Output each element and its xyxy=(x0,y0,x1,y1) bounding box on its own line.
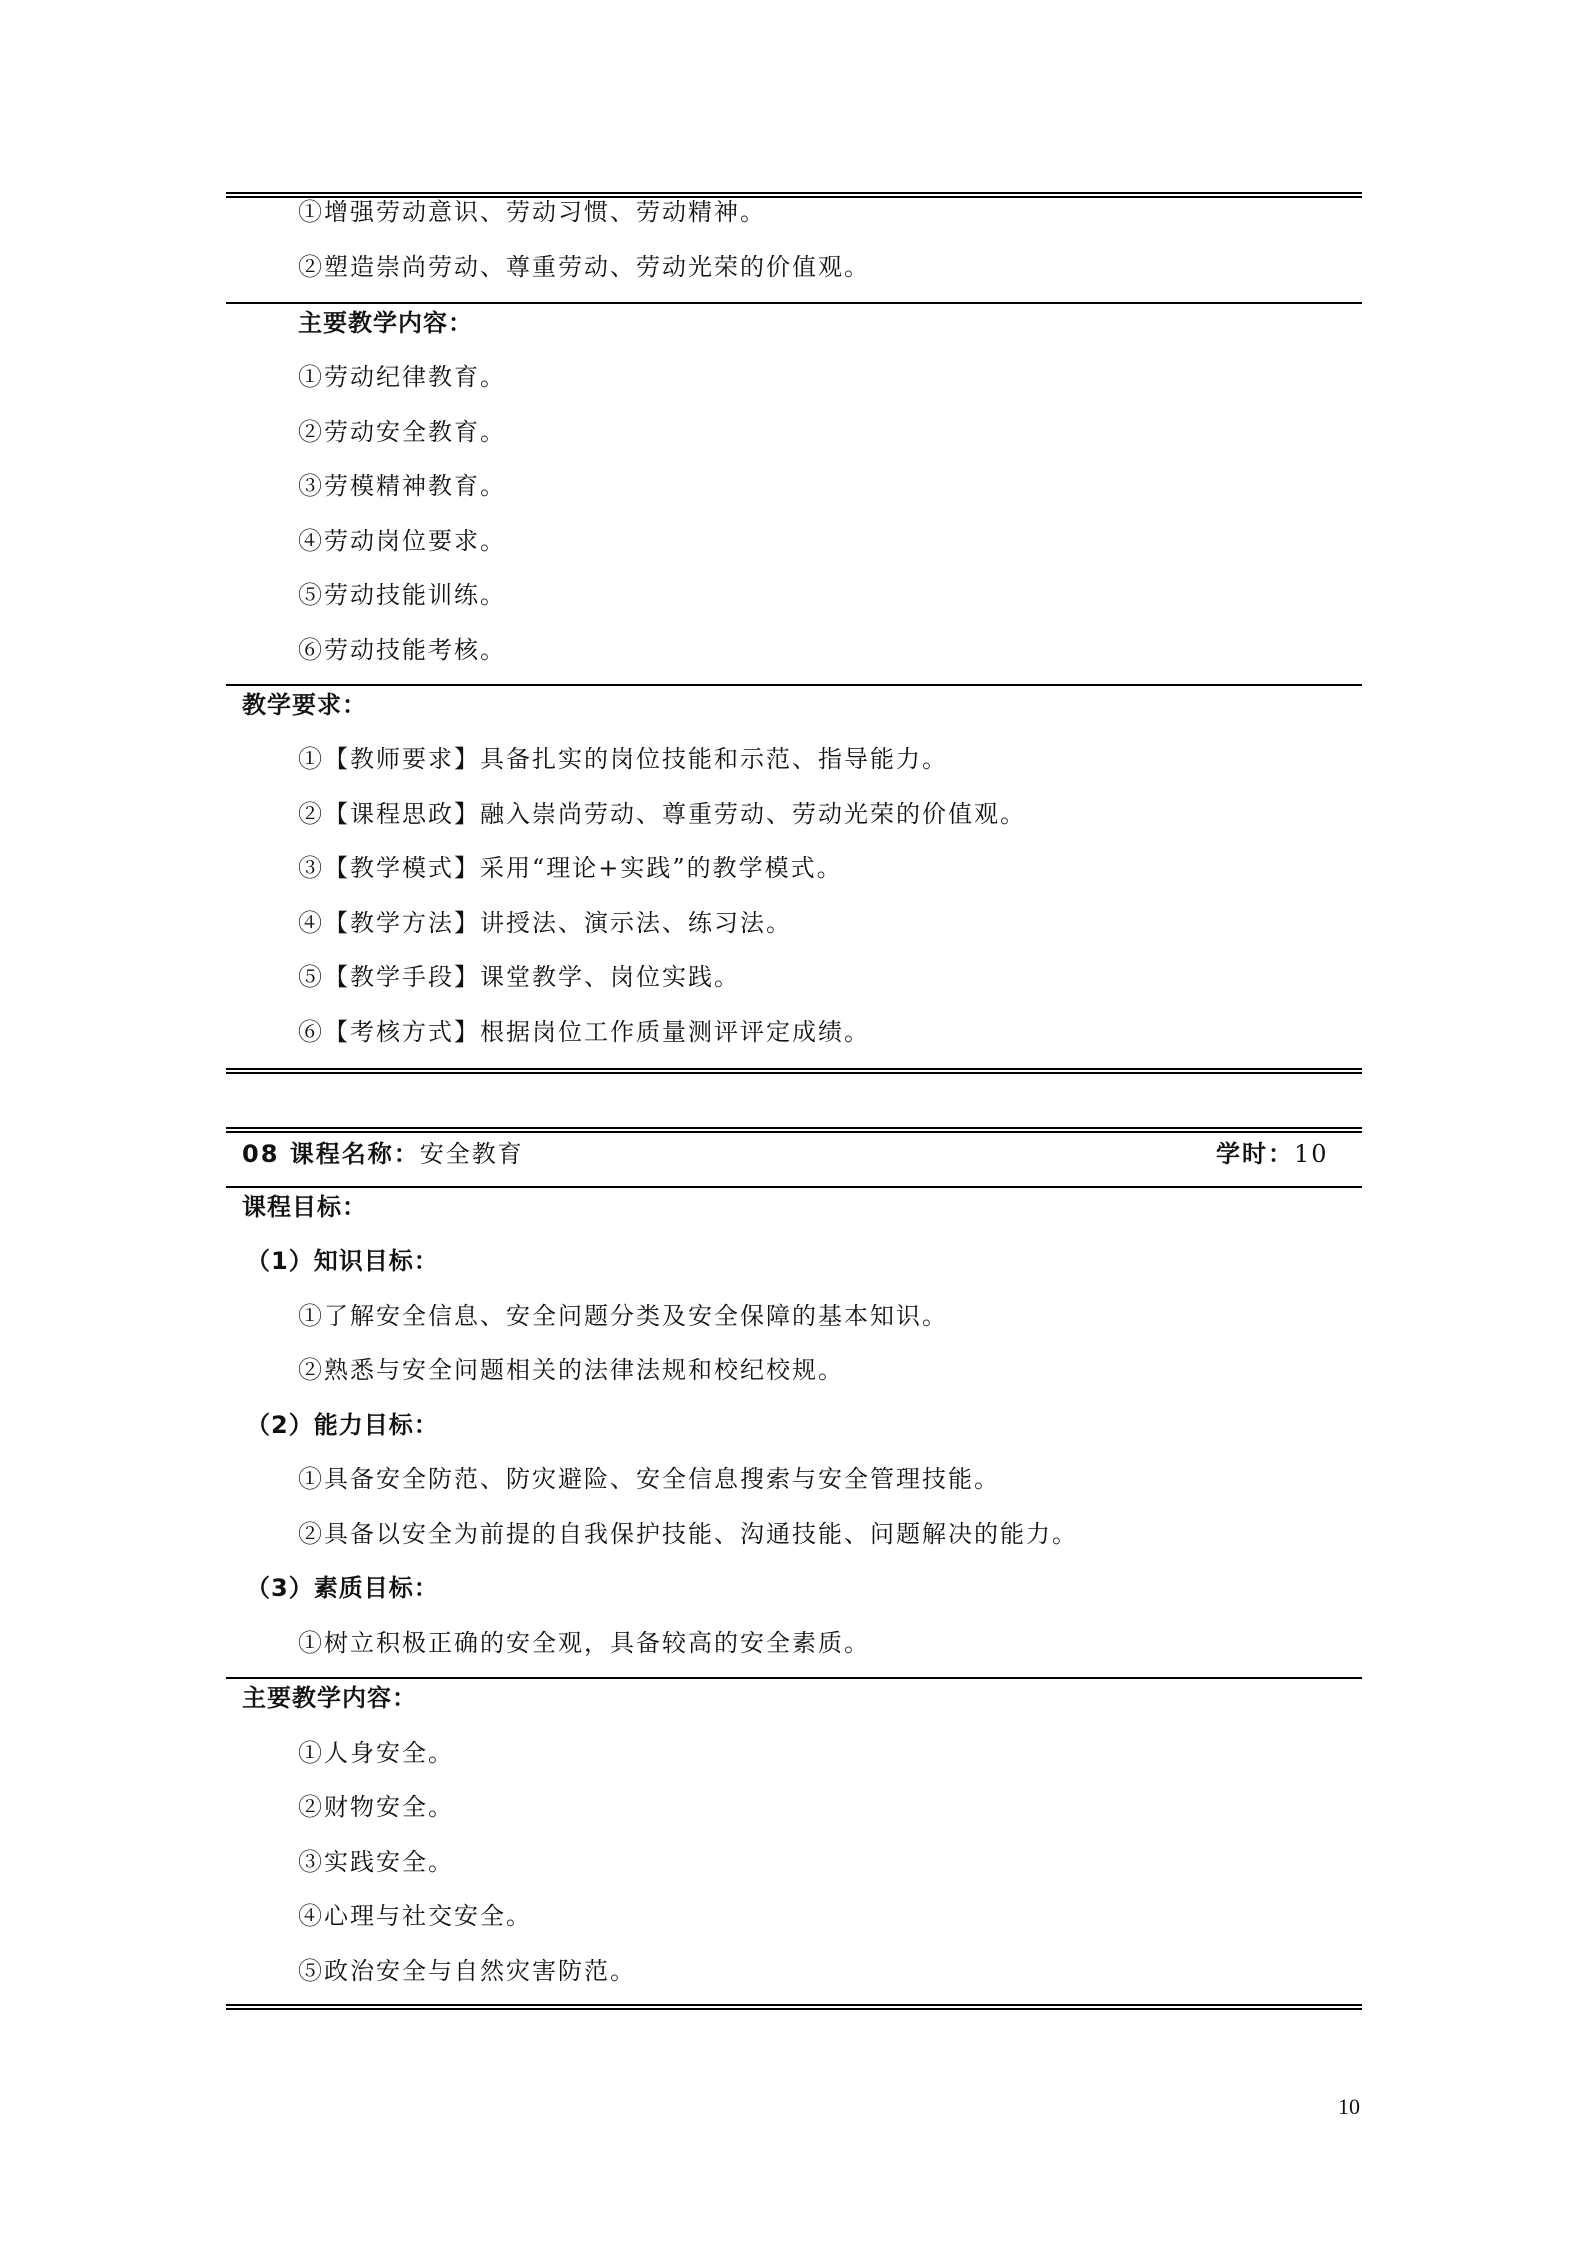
content-item: ⑤政治安全与自然灾害防范。 xyxy=(298,1956,636,1986)
content-item: ②财物安全。 xyxy=(298,1792,454,1822)
ability-goal-item: ②具备以安全为前提的自我保护技能、沟通技能、问题解决的能力。 xyxy=(298,1519,1078,1549)
row-divider xyxy=(226,302,1362,304)
knowledge-goal-item: ②熟悉与安全问题相关的法律法规和校纪校规。 xyxy=(298,1355,844,1385)
knowledge-goal-item: ①了解安全信息、安全问题分类及安全保障的基本知识。 xyxy=(298,1301,948,1331)
table-bottom-border xyxy=(226,2004,1362,2010)
page-number: 10 xyxy=(1338,2094,1360,2120)
content-heading: 主要教学内容： xyxy=(242,1683,417,1713)
content-item: ⑤劳动技能训练。 xyxy=(298,580,506,610)
goals-heading: 课程目标： xyxy=(242,1192,367,1222)
course-name-label: 08 课程名称： xyxy=(242,1140,420,1168)
requirement-item: ②【课程思政】融入崇尚劳动、尊重劳动、劳动光荣的价值观。 xyxy=(298,799,1026,829)
quality-goal-item: ①树立积极正确的安全观，具备较高的安全素质。 xyxy=(298,1628,870,1658)
course-hours-label: 学时： xyxy=(1216,1140,1294,1168)
content-heading: 主要教学内容： xyxy=(298,308,473,338)
requirements-heading: 教学要求： xyxy=(242,690,367,720)
requirement-item: ①【教师要求】具备扎实的岗位技能和示范、指导能力。 xyxy=(298,744,948,774)
content-item: ③劳模精神教育。 xyxy=(298,471,506,501)
course-hours-value: 10 xyxy=(1294,1140,1329,1168)
course-name-value: 安全教育 xyxy=(420,1140,524,1168)
content-item: ⑥劳动技能考核。 xyxy=(298,635,506,665)
content-item: ②劳动安全教育。 xyxy=(298,417,506,447)
content-item: ③实践安全。 xyxy=(298,1847,454,1877)
ability-goals-heading: （2）能力目标： xyxy=(246,1410,439,1440)
content-item: ④劳动岗位要求。 xyxy=(298,526,506,556)
row-divider xyxy=(226,684,1362,686)
content-item: ①人身安全。 xyxy=(298,1738,454,1768)
table-top-border xyxy=(226,1127,1362,1133)
quality-goal-item: ②塑造崇尚劳动、尊重劳动、劳动光荣的价值观。 xyxy=(298,252,870,282)
row-divider xyxy=(226,1677,1362,1679)
table-bottom-border xyxy=(226,1068,1362,1074)
requirement-item: ⑥【考核方式】根据岗位工作质量测评评定成绩。 xyxy=(298,1017,870,1047)
row-divider xyxy=(226,1186,1362,1188)
course-hours: 学时：10 xyxy=(1216,1139,1329,1169)
ability-goal-item: ①具备安全防范、防灾避险、安全信息搜索与安全管理技能。 xyxy=(298,1464,1000,1494)
requirement-item: ④【教学方法】讲授法、演示法、练习法。 xyxy=(298,908,792,938)
requirement-item: ③【教学模式】采用“理论+实践”的教学模式。 xyxy=(298,853,843,883)
content-item: ①劳动纪律教育。 xyxy=(298,362,506,392)
quality-goal-item: ①增强劳动意识、劳动习惯、劳动精神。 xyxy=(298,197,766,227)
requirement-item: ⑤【教学手段】课堂教学、岗位实践。 xyxy=(298,962,740,992)
knowledge-goals-heading: （1）知识目标： xyxy=(246,1246,439,1276)
content-item: ④心理与社交安全。 xyxy=(298,1901,532,1931)
quality-goals-heading: （3）素质目标： xyxy=(246,1573,439,1603)
course-name-row: 08 课程名称：安全教育 xyxy=(242,1139,524,1169)
